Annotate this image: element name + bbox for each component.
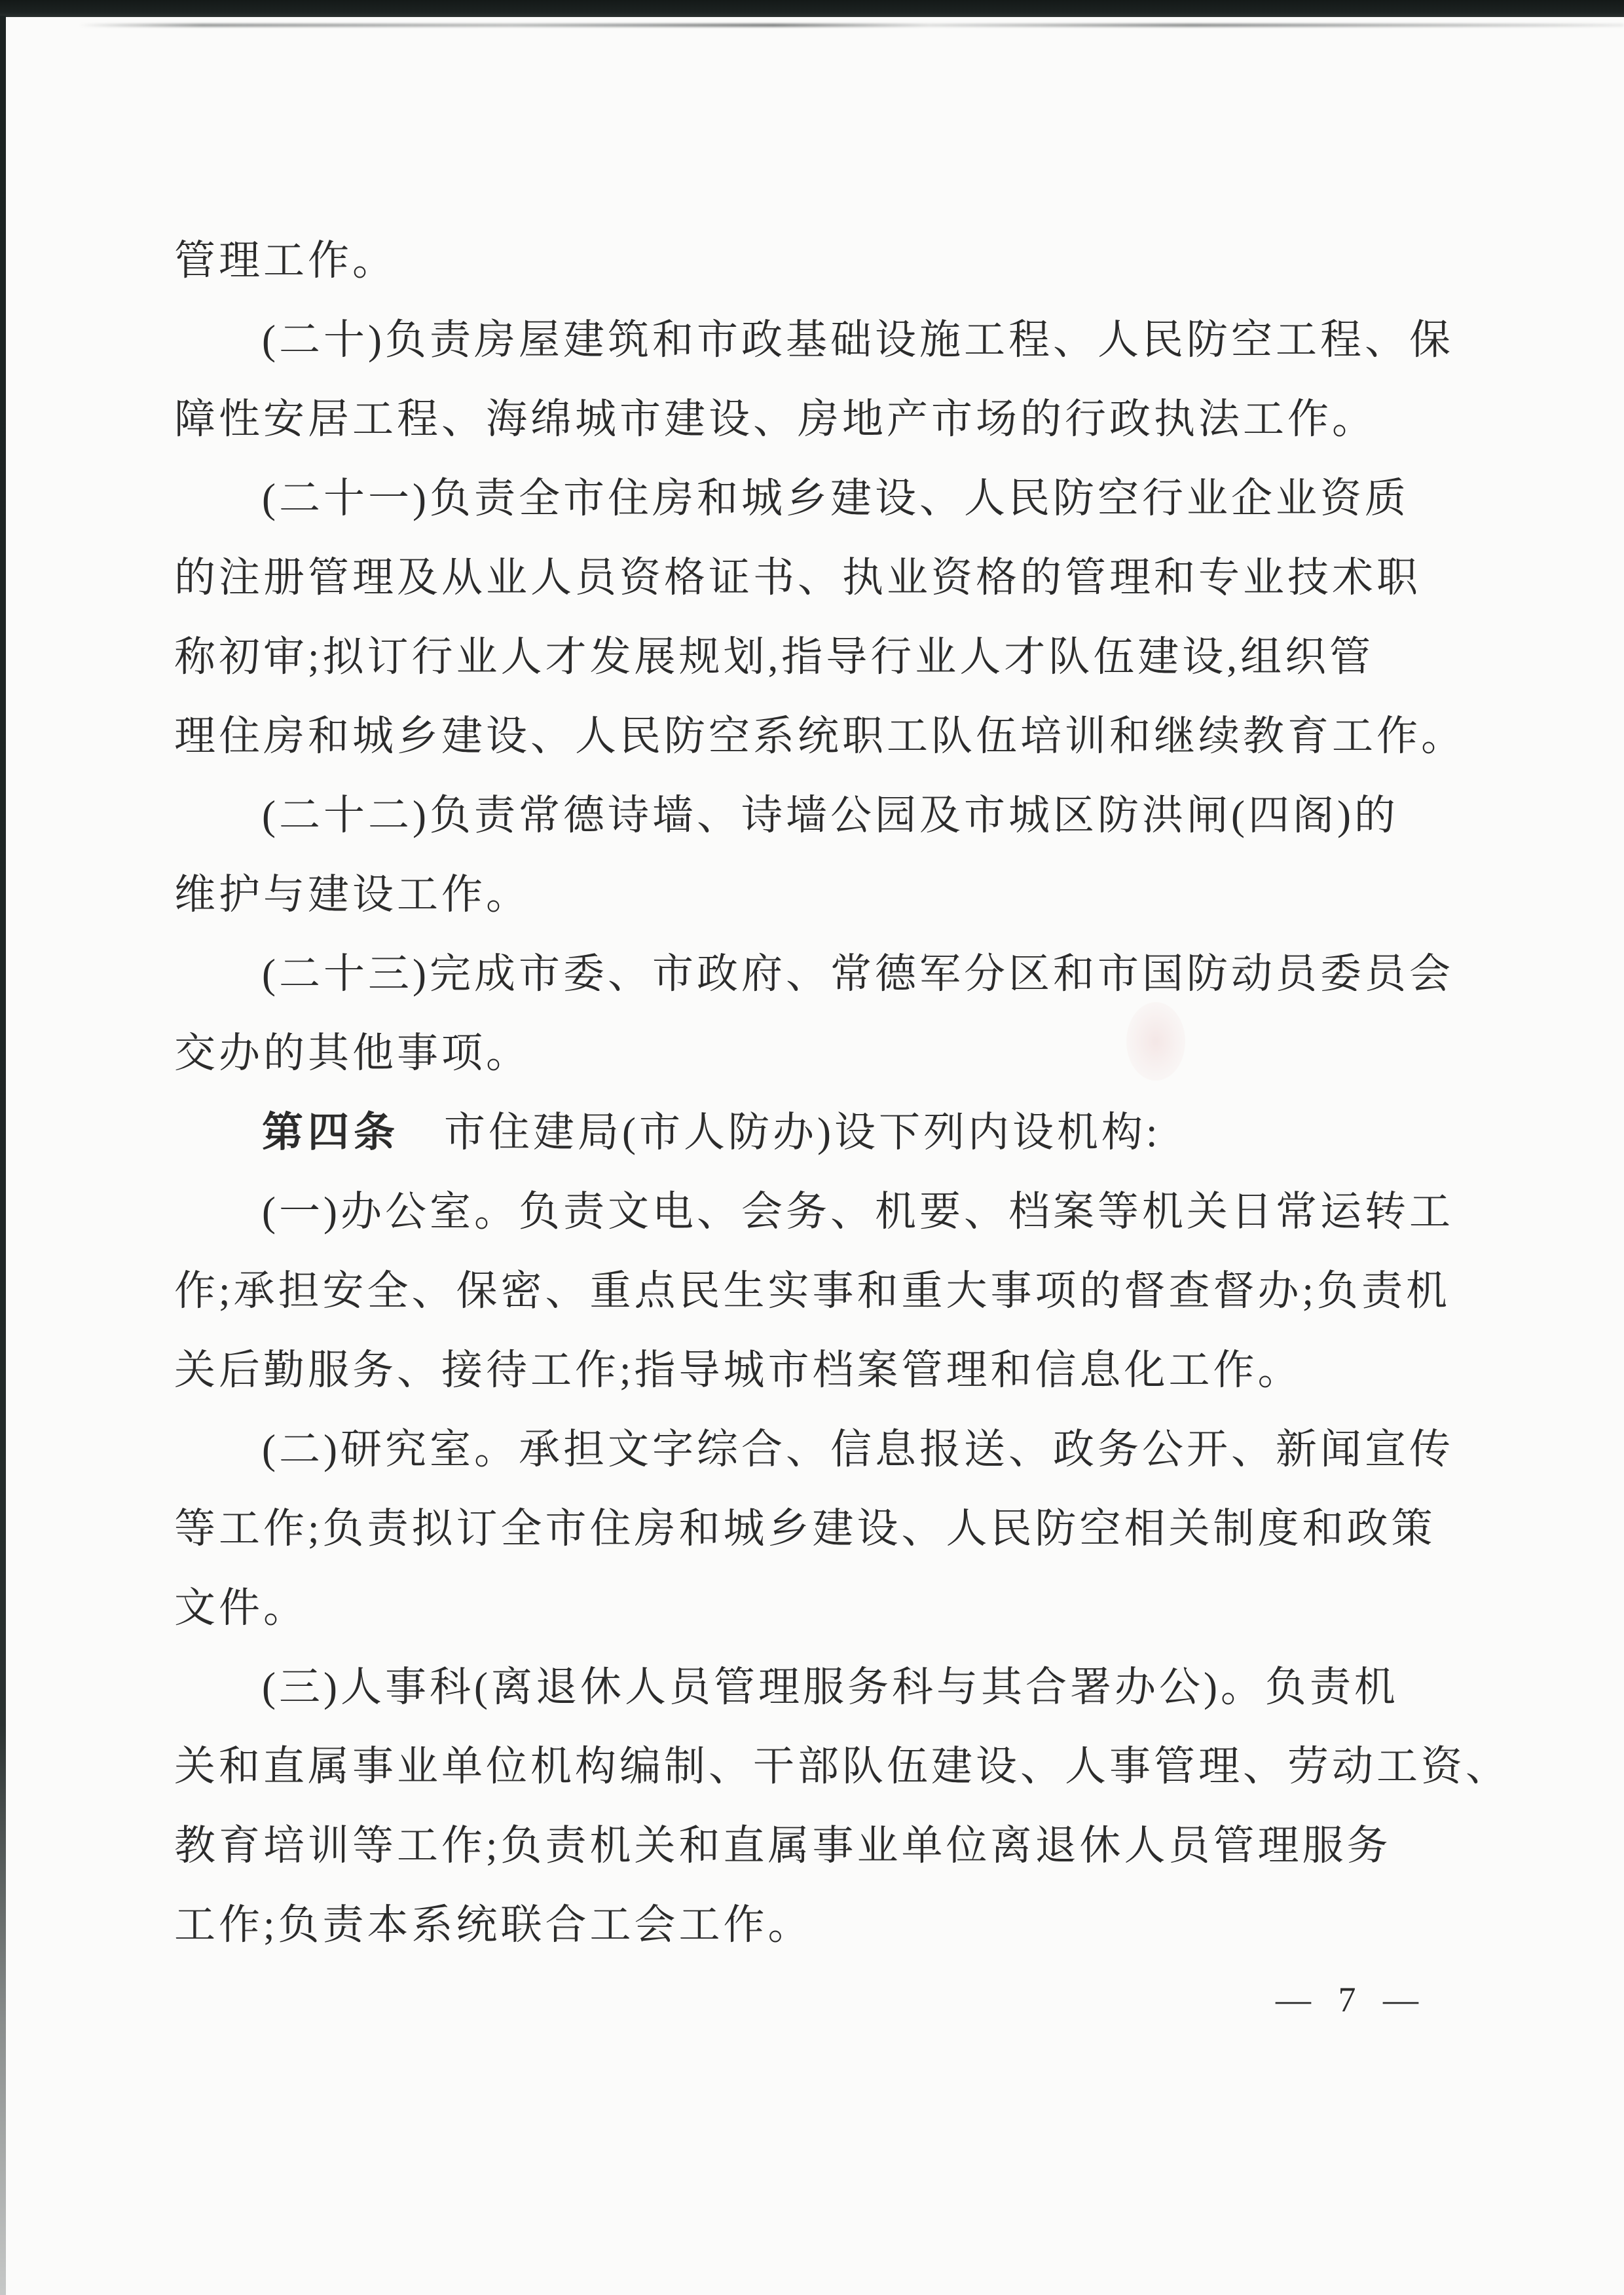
body-line: 称初审;拟订行业人才发展规划,指导行业人才队伍建设,组织管 xyxy=(174,618,1445,697)
body-line: 的注册管理及从业人员资格证书、执业资格的管理和专业技术职 xyxy=(174,538,1445,618)
body-line: (二)研究室。承担文字综合、信息报送、政务公开、新闻宣传 xyxy=(174,1410,1445,1489)
body-line: 理住房和城乡建设、人民防空系统职工队伍培训和继续教育工作。 xyxy=(174,697,1445,776)
body-line: (二十)负责房屋建筑和市政基础设施工程、人民防空工程、保 xyxy=(174,301,1445,380)
body-line: 障性安居工程、海绵城市建设、房地产市场的行政执法工作。 xyxy=(174,380,1445,459)
body-line: 关和直属事业单位机构编制、干部队伍建设、人事管理、劳动工资、 xyxy=(174,1727,1445,1806)
body-line: 作;承担安全、保密、重点民生实事和重大事项的督查督办;负责机 xyxy=(174,1252,1445,1331)
body-line: 管理工作。 xyxy=(174,221,1445,301)
body-line: (一)办公室。负责文电、会务、机要、档案等机关日常运转工 xyxy=(174,1172,1445,1252)
scan-streak-artifact xyxy=(79,24,1624,27)
scanned-document-page: { "page": { "paper_color": "#fbfbfa", "i… xyxy=(0,0,1624,2295)
article-number-bold: 第四条 xyxy=(262,1110,399,1155)
body-line: 交办的其他事项。 xyxy=(174,1014,1445,1093)
scan-top-edge-artifact xyxy=(0,0,1624,17)
article-heading: 第四条 市住建局(市人防办)设下列内设机构: xyxy=(174,1093,1445,1172)
body-line: (二十二)负责常德诗墙、诗墙公园及市城区防洪闸(四阁)的 xyxy=(174,776,1445,855)
body-line: (二十三)完成市委、市政府、常德军分区和市国防动员委员会 xyxy=(174,935,1445,1014)
page-number: — 7 — xyxy=(1276,1979,1428,2020)
scan-left-edge-artifact xyxy=(0,16,6,2295)
body-line: 等工作;负责拟订全市住房和城乡建设、人民防空相关制度和政策 xyxy=(174,1489,1445,1569)
body-line: 工作;负责本系统联合工会工作。 xyxy=(174,1886,1445,1965)
article-heading-text: 市住建局(市人防办)设下列内设机构: xyxy=(399,1110,1160,1155)
body-line: 文件。 xyxy=(174,1569,1445,1648)
body-line: 维护与建设工作。 xyxy=(174,855,1445,935)
body-line: (二十一)负责全市住房和城乡建设、人民防空行业企业资质 xyxy=(174,459,1445,538)
body-line: 教育培训等工作;负责机关和直属事业单位离退休人员管理服务 xyxy=(174,1806,1445,1886)
document-text-block: 管理工作。 (二十)负责房屋建筑和市政基础设施工程、人民防空工程、保 障性安居工… xyxy=(174,221,1445,1965)
body-line: 关后勤服务、接待工作;指导城市档案管理和信息化工作。 xyxy=(174,1331,1445,1410)
body-line: (三)人事科(离退休人员管理服务科与其合署办公)。负责机 xyxy=(174,1648,1445,1727)
